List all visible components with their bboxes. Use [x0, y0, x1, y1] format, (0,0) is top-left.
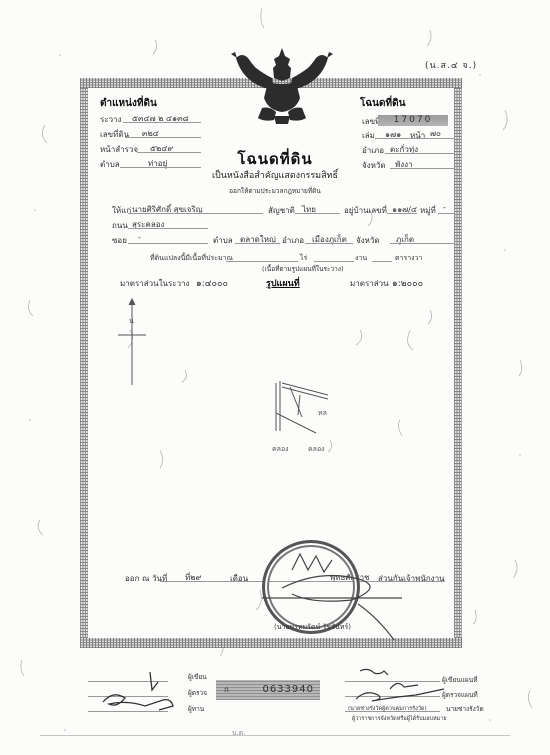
field-line [128, 228, 208, 229]
field-value-land-no: ๓๒๔ [142, 127, 159, 140]
moo-value: - [443, 203, 446, 212]
deed-subtitle-legal: ออกให้ตามประมวลกฎหมายที่ดิน [0, 186, 550, 196]
right-official-subtitle: ผู้ว่าราชการจังหวัดหรือผู้ได้รับมอบหมาย [352, 715, 447, 723]
area-note: (เนื้อที่ตามรูปแผนที่ในระวาง) [262, 264, 344, 274]
map-label: รูปแผนที่ [266, 276, 300, 290]
field-line [305, 243, 353, 244]
province-value: ภูเก็ต [396, 233, 414, 246]
signature-right [350, 665, 450, 710]
field-line [438, 213, 455, 214]
role-reviewer: ผู้ทาน [188, 704, 204, 714]
amphoe-value: เมืองภูเก็ต [312, 233, 347, 246]
scale-right-value: ๑:๒๐๐๐ [392, 276, 423, 290]
map-label-road: ทล [318, 409, 327, 417]
field-line [125, 137, 201, 138]
deed-title-small: โฉนดที่ดิน [360, 96, 405, 111]
tambon-value: ตลาดใหญ่ [240, 233, 276, 246]
tambon-label: ตำบล [213, 234, 233, 247]
serial-number: ก 0633940 [216, 680, 320, 700]
field-line [235, 243, 280, 244]
field-line [372, 261, 392, 262]
area-unit-rai: ไร่ [300, 253, 307, 264]
road-label: ถนน [112, 219, 128, 232]
nationality-value: ไทย [302, 203, 316, 216]
field-value-volume: ๑๗๑ [385, 128, 401, 141]
page-bottom-line [40, 735, 510, 736]
deed-page: (น.ส.๔ จ.) ตำแหน่งที่ดิน ระวาง ๕๓๔๗ ๒ ๔๑… [0, 0, 550, 755]
amphoe-label: อำเภอ [282, 234, 304, 247]
field-line [314, 261, 354, 262]
field-value-ravang: ๕๓๔๗ ๒ ๔๑๓๘ [132, 112, 189, 125]
issuance-day: ที่๒๙ [185, 571, 201, 584]
map-label-canal-2: คลอง [308, 445, 325, 453]
land-position-title: ตำแหน่งที่ดิน [100, 96, 157, 111]
role-writer: ผู้เขียน [188, 672, 207, 682]
owner-label: ให้แก่ [112, 204, 131, 217]
scale-left-label: มาตราส่วนในระวาง [120, 277, 189, 290]
house-no-value: ๑๑๗/๔ [392, 203, 417, 216]
svg-text:น: น [129, 317, 134, 325]
field-label-page: หน้า [410, 129, 425, 142]
signature-official [262, 540, 422, 650]
garuda-emblem-icon [228, 46, 336, 126]
scale-right-label: มาตราส่วน [350, 277, 389, 290]
field-line [390, 243, 455, 244]
serial-value: 0633940 [262, 684, 314, 695]
area-unit-wa: ตารางวา [395, 253, 422, 264]
house-no-label: อยู่บ้านเลขที่ [344, 204, 387, 217]
field-label-ravang: ระวาง [100, 113, 121, 126]
serial-prefix: ก [224, 680, 230, 700]
nationality-label: สัญชาติ [268, 204, 295, 217]
stamp-mark: บ.ต. [232, 728, 245, 739]
parcel-map: น ทล คลอง คลอง [100, 295, 450, 485]
field-line [226, 261, 298, 262]
scale-left-value: ๑:๔๐๐๐ [196, 276, 228, 290]
deed-number: 17070 [378, 115, 448, 126]
deed-subtitle: เป็นหนังสือสำคัญแสดงกรรมสิทธิ์ [0, 168, 550, 182]
field-label-land-no: เลขที่ดิน [100, 128, 129, 141]
field-line [387, 213, 417, 214]
owner-name: นายศิริศักดิ์ สุขเจริญ [132, 203, 203, 216]
field-line [375, 138, 455, 139]
role-surveyor: นายช่างรังวัด [446, 704, 484, 714]
official-name: (นายพรหมรัตน์ รัชจันทร์) [274, 622, 351, 633]
soi-value: - [138, 233, 141, 242]
province-label: จังหวัด [356, 234, 380, 247]
north-arrow-icon: น [118, 299, 146, 385]
field-label-volume: เล่ม [362, 129, 375, 142]
field-line [128, 243, 208, 244]
field-line [128, 213, 263, 214]
issuance-month-label: เดือน [230, 572, 248, 585]
soi-label: ซอย [112, 234, 127, 247]
form-code: (น.ส.๔ จ.) [425, 58, 477, 72]
area-label: ที่ดินแปลงนี้มีเนื้อที่ประมาณ [150, 253, 233, 264]
road-value: สุระคลอง [132, 218, 164, 231]
role-checker: ผู้ตรวจ [188, 688, 207, 698]
issuance-prefix: ออก ณ วันที่ [125, 572, 167, 585]
field-line [123, 122, 201, 123]
area-unit-ngan: งาน [355, 253, 367, 264]
moo-label: หมู่ที่ [420, 204, 436, 217]
field-line [295, 213, 340, 214]
signature-left [95, 668, 190, 718]
map-label-canal-1: คลอง [272, 445, 289, 453]
